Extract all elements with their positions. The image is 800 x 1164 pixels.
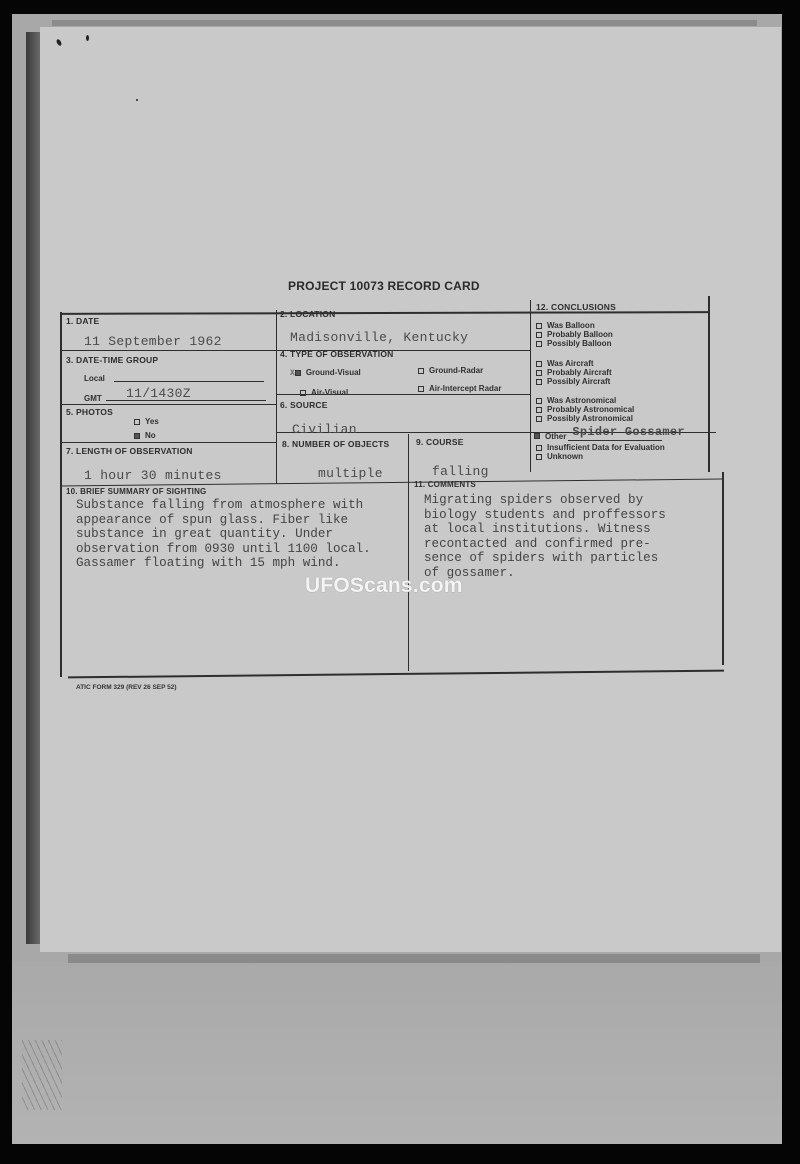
rule-left bbox=[60, 312, 62, 677]
date-label: 1. DATE bbox=[66, 316, 99, 326]
conclusion-was-balloon[interactable]: Was Balloon bbox=[536, 321, 595, 330]
page-bottom-edge bbox=[68, 954, 760, 963]
conclusion-possibly-balloon[interactable]: Possibly Balloon bbox=[536, 339, 611, 348]
type-label: 4. TYPE OF OBSERVATION bbox=[280, 349, 394, 359]
objects-label: 8. NUMBER OF OBJECTS bbox=[282, 439, 389, 449]
length-value: 1 hour 30 minutes bbox=[84, 468, 222, 483]
length-label: 7. LENGTH OF OBSERVATION bbox=[66, 446, 193, 456]
comments-label: 11. COMMENTS bbox=[414, 480, 476, 489]
conclusion-unknown[interactable]: Unknown bbox=[536, 452, 583, 461]
watermark: UFOScans.com bbox=[305, 574, 463, 598]
dust-speck bbox=[56, 38, 63, 46]
dust-speck bbox=[86, 35, 89, 41]
type-air-visual[interactable]: Air-Visual bbox=[300, 388, 348, 397]
photos-label: 5. PHOTOS bbox=[66, 407, 113, 417]
card-title: PROJECT 10073 RECORD CARD bbox=[288, 279, 480, 293]
summary-text: Substance falling from atmosphere withap… bbox=[76, 498, 371, 571]
conclusions-label: 12. CONCLUSIONS bbox=[536, 302, 616, 312]
source-value: Civilian bbox=[292, 422, 357, 437]
type-ground-radar[interactable]: Ground-Radar bbox=[418, 366, 483, 375]
rule-right-top bbox=[708, 296, 710, 472]
rule-row-dtg bbox=[60, 404, 276, 405]
page-shadow bbox=[26, 32, 40, 944]
conclusion-was-aircraft[interactable]: Was Aircraft bbox=[536, 359, 594, 368]
gmt-underline bbox=[106, 400, 266, 401]
rule-col1 bbox=[276, 310, 277, 484]
comments-text: Migrating spiders observed bybiology stu… bbox=[424, 493, 666, 580]
rule-row-photos bbox=[60, 442, 276, 443]
course-label: 9. COURSE bbox=[416, 437, 464, 447]
conclusion-probably-astronomical[interactable]: Probably Astronomical bbox=[536, 405, 634, 414]
location-value: Madisonville, Kentucky bbox=[290, 330, 468, 345]
form-number: ATIC FORM 329 (REV 26 SEP 52) bbox=[76, 684, 177, 691]
rule-col-comments bbox=[408, 434, 409, 671]
conclusion-possibly-aircraft[interactable]: Possibly Aircraft bbox=[536, 377, 610, 386]
dtg-label: 3. DATE-TIME GROUP bbox=[66, 355, 158, 365]
scratch-marks bbox=[22, 1040, 62, 1110]
conclusion-was-astronomical[interactable]: Was Astronomical bbox=[536, 396, 616, 405]
conclusion-possibly-astronomical[interactable]: Possibly Astronomical bbox=[536, 414, 633, 423]
conclusion-other-value: Spider Gossamer bbox=[572, 425, 685, 439]
local-underline bbox=[114, 381, 264, 382]
dust-speck bbox=[136, 99, 138, 101]
local-label: Local bbox=[84, 374, 105, 383]
conclusion-probably-aircraft[interactable]: Probably Aircraft bbox=[536, 368, 612, 377]
rule-right-bottom bbox=[722, 472, 724, 665]
type-air-intercept-radar[interactable]: Air-Intercept Radar bbox=[418, 384, 501, 393]
lower-sheet-edge bbox=[12, 962, 782, 1144]
record-card-form: 1. DATE 11 September 1962 2. LOCATION Ma… bbox=[60, 296, 724, 676]
conclusion-other[interactable]: OtherSpider Gossamer bbox=[534, 431, 662, 441]
page-top-edge bbox=[52, 20, 757, 26]
photos-yes[interactable]: Yes bbox=[134, 417, 159, 426]
photos-no[interactable]: No bbox=[134, 431, 156, 440]
conclusion-insufficient-data[interactable]: Insufficient Data for Evaluation bbox=[536, 443, 665, 452]
date-value: 11 September 1962 bbox=[84, 334, 222, 349]
type-ground-visual[interactable]: XGround-Visual bbox=[290, 368, 361, 378]
gmt-value: 11/1430Z bbox=[126, 386, 191, 401]
summary-label: 10. BRIEF SUMMARY OF SIGHTING bbox=[66, 487, 206, 496]
location-label: 2. LOCATION bbox=[280, 309, 335, 319]
source-label: 6. SOURCE bbox=[280, 400, 328, 410]
rule-col2 bbox=[530, 300, 531, 472]
course-value: falling bbox=[432, 464, 489, 479]
gmt-label: GMT bbox=[84, 394, 102, 403]
conclusion-probably-balloon[interactable]: Probably Balloon bbox=[536, 330, 613, 339]
objects-value: multiple bbox=[318, 466, 383, 481]
